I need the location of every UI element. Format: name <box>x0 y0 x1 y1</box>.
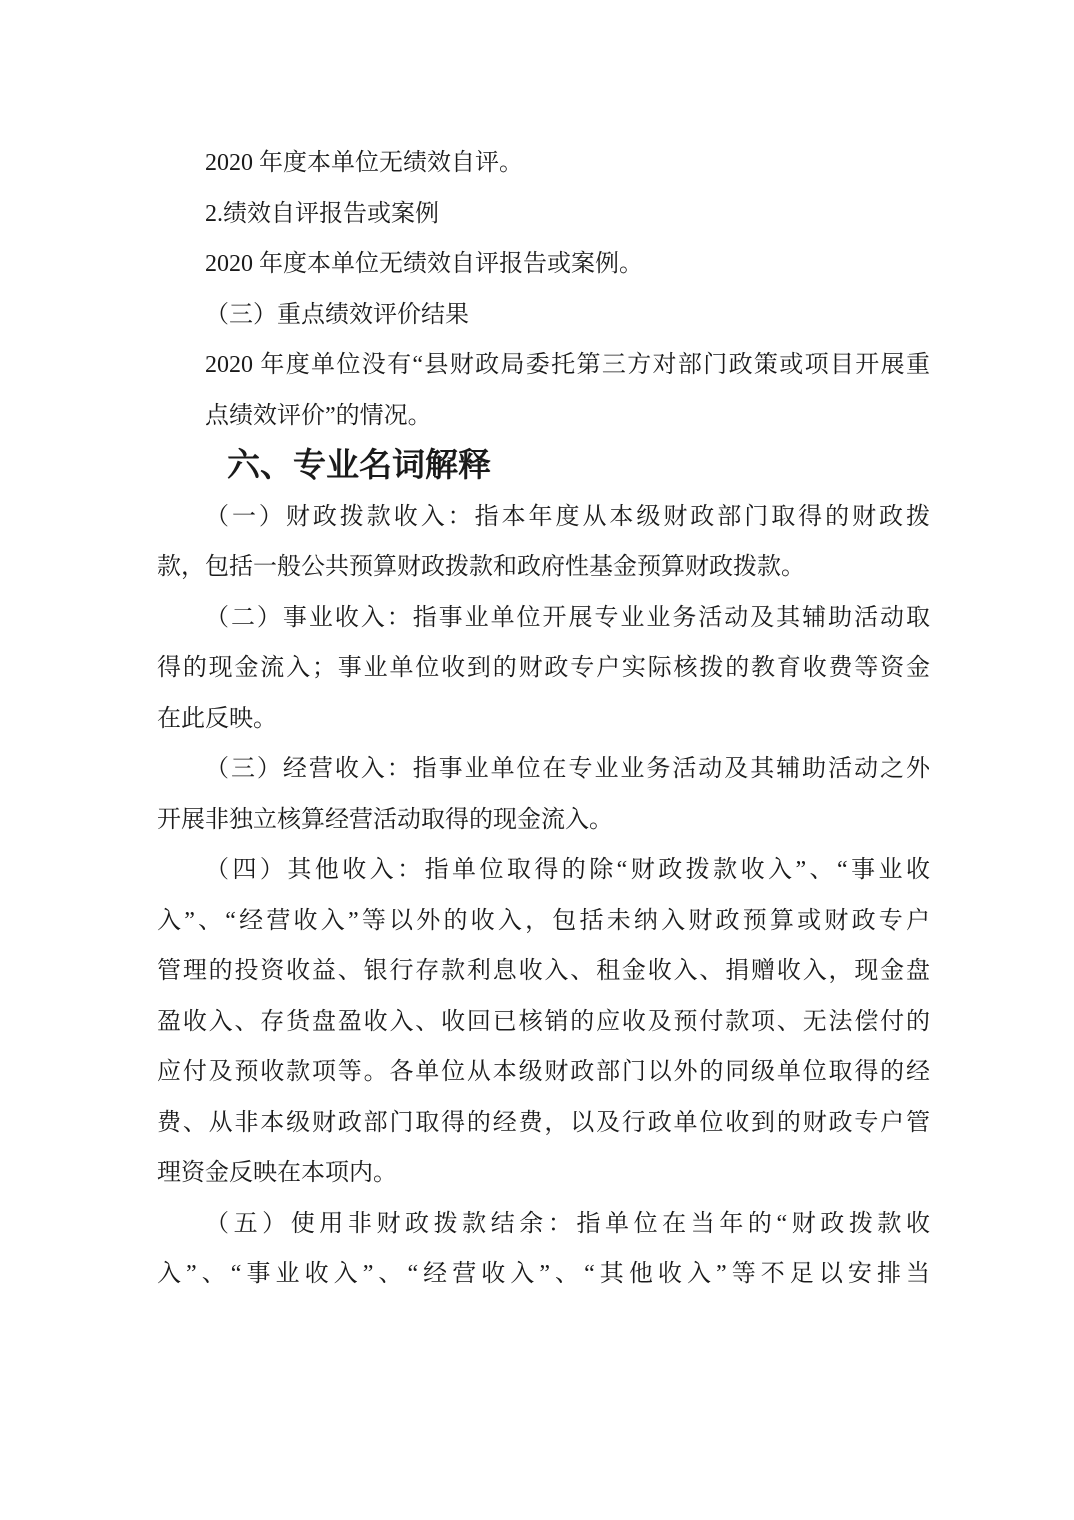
document-body: 2020 年度本单位无绩效自评。 2.绩效自评报告或案例 2020 年度本单位无… <box>157 138 930 1300</box>
text-line: 2020 年度本单位无绩效自评。 <box>157 138 930 189</box>
section-heading: 六、专业名词解释 <box>157 441 930 492</box>
text-line: 理资金反映在本项内。 <box>157 1148 930 1199</box>
text-line: （五）使用非财政拨款结余：指单位在当年的“财政拨款收 <box>157 1199 930 1250</box>
text-line: 入”、“经营收入”等以外的收入，包括未纳入财政预算或财政专户 <box>157 896 930 947</box>
text-line: 管理的投资收益、银行存款利息收入、租金收入、捐赠收入，现金盘 <box>157 946 930 997</box>
text-line: 费、从非本级财政部门取得的经费，以及行政单位收到的财政专户管 <box>157 1098 930 1149</box>
text-line: 2.绩效自评报告或案例 <box>157 189 930 240</box>
text-line: 在此反映。 <box>157 694 930 745</box>
text-line: 得的现金流入；事业单位收到的财政专户实际核拨的教育收费等资金 <box>157 643 930 694</box>
text-line: （二）事业收入：指事业单位开展专业业务活动及其辅助活动取 <box>157 593 930 644</box>
text-line: 开展非独立核算经营活动取得的现金流入。 <box>157 795 930 846</box>
text-line: 点绩效评价”的情况。 <box>157 391 930 442</box>
text-line: （三）重点绩效评价结果 <box>157 290 930 341</box>
text-line: 2020 年度单位没有“县财政局委托第三方对部门政策或项目开展重 <box>157 340 930 391</box>
text-line: 2020 年度本单位无绩效自评报告或案例。 <box>157 239 930 290</box>
text-line: （一）财政拨款收入：指本年度从本级财政部门取得的财政拨 <box>157 492 930 543</box>
document-page: 2020 年度本单位无绩效自评。 2.绩效自评报告或案例 2020 年度本单位无… <box>0 0 1074 1520</box>
text-line: （四）其他收入：指单位取得的除“财政拨款收入”、“事业收 <box>157 845 930 896</box>
text-line: 盈收入、存货盘盈收入、收回已核销的应收及预付款项、无法偿付的 <box>157 997 930 1048</box>
text-line: 应付及预收款项等。各单位从本级财政部门以外的同级单位取得的经 <box>157 1047 930 1098</box>
text-line: （三）经营收入：指事业单位在专业业务活动及其辅助活动之外 <box>157 744 930 795</box>
text-line: 入”、“事业收入”、“经营收入”、“其他收入”等不足以安排当 <box>157 1249 930 1300</box>
text-line: 款，包括一般公共预算财政拨款和政府性基金预算财政拨款。 <box>157 542 930 593</box>
